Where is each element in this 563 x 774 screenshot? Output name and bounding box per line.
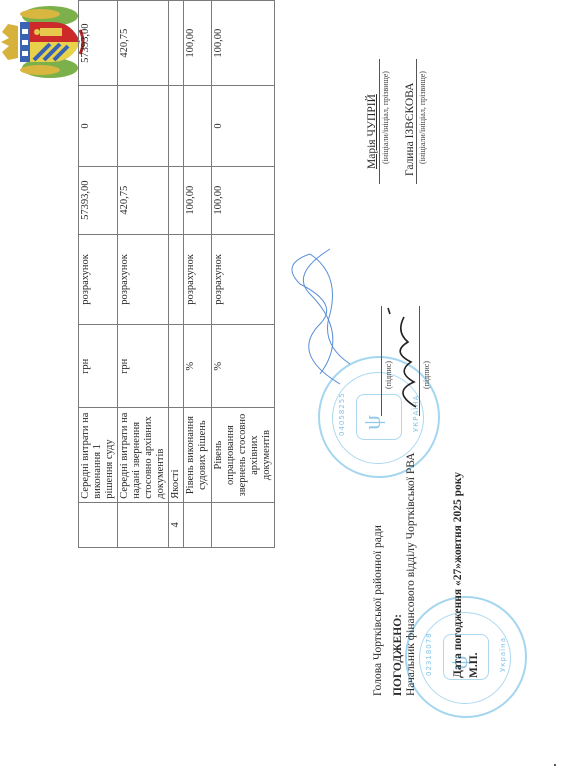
indicator-name: Рівень опрацювання звернень стосовно арх… bbox=[212, 408, 275, 502]
indicator-source: розрахунок bbox=[79, 234, 118, 324]
value-general: 100,00 bbox=[212, 166, 275, 234]
table-row: Рівень опрацювання звернень стосовно арх… bbox=[212, 1, 275, 548]
scan-dot bbox=[554, 764, 556, 766]
agreed-label: ПОГОДЖЕНО: bbox=[392, 614, 404, 696]
value-special bbox=[184, 86, 212, 166]
table-row: Середні витрати на надані звернення стос… bbox=[118, 1, 169, 548]
indicator-unit: грн bbox=[79, 325, 118, 408]
indicator-source: розрахунок bbox=[118, 234, 169, 324]
indicator-group-name: Якості bbox=[169, 408, 184, 502]
value-general: 100,00 bbox=[184, 166, 212, 234]
indicator-source: розрахунок bbox=[212, 234, 275, 324]
value-total: 100,00 bbox=[212, 1, 275, 86]
indicator-source: розрахунок bbox=[184, 234, 212, 324]
row-number bbox=[212, 502, 275, 547]
finance-name: Галина ІЗВЄКОВА bbox=[404, 83, 416, 176]
indicator-name: Середні витрати на надані звернення стос… bbox=[118, 408, 169, 502]
value-general: 57393,00 bbox=[79, 166, 118, 234]
indicator-name: Рівень виконання судових рішень bbox=[184, 408, 212, 502]
approval-date: Дата погодження «27»жовтня 2025 року bbox=[452, 472, 464, 678]
finance-signature-line bbox=[419, 306, 420, 416]
value-total bbox=[169, 1, 184, 86]
value-total: 57393,00 bbox=[79, 1, 118, 86]
coat-of-arms-icon bbox=[0, 2, 85, 82]
finance-title: Начальник фінансового відділу Чортківськ… bbox=[405, 453, 417, 696]
value-general: 420,75 bbox=[118, 166, 169, 234]
value-special: 0 bbox=[212, 86, 275, 166]
indicator-unit: % bbox=[184, 325, 212, 408]
row-number bbox=[184, 502, 212, 547]
table-row: 4 Якості bbox=[169, 1, 184, 548]
head-title: Голова Чортківської районної ради bbox=[372, 525, 384, 696]
finance-signature-icon bbox=[386, 302, 426, 412]
table-row: Середні витрати на виконання 1 рішення с… bbox=[79, 1, 118, 548]
value-total: 100,00 bbox=[184, 1, 212, 86]
value-general bbox=[169, 166, 184, 234]
row-number bbox=[79, 502, 118, 547]
indicator-unit: грн bbox=[118, 325, 169, 408]
finance-stamp: ψ 02318078 Україна bbox=[405, 596, 527, 718]
document-page: Середні витрати на виконання 1 рішення с… bbox=[0, 0, 563, 774]
indicator-unit bbox=[169, 325, 184, 408]
head-name: Марія ЧУПРІЙ bbox=[366, 94, 378, 169]
value-total: 420,75 bbox=[118, 1, 169, 86]
indicator-unit: % bbox=[212, 325, 275, 408]
trident-icon: ψ bbox=[360, 415, 387, 430]
value-special bbox=[118, 86, 169, 166]
value-special bbox=[169, 86, 184, 166]
indicator-source bbox=[169, 234, 184, 324]
indicators-table: Середні витрати на виконання 1 рішення с… bbox=[78, 0, 275, 548]
indicator-name: Середні витрати на виконання 1 рішення с… bbox=[79, 408, 118, 502]
finance-name-line bbox=[416, 59, 417, 184]
head-signature-line bbox=[381, 306, 382, 416]
head-name-line bbox=[379, 59, 380, 184]
row-number: 4 bbox=[169, 502, 184, 547]
value-special: 0 bbox=[79, 86, 118, 166]
head-signature-icon bbox=[280, 244, 360, 394]
seal-label: М.П. bbox=[468, 652, 480, 678]
row-number bbox=[118, 502, 169, 547]
table-row: Рівень виконання судових рішень % розрах… bbox=[184, 1, 212, 548]
